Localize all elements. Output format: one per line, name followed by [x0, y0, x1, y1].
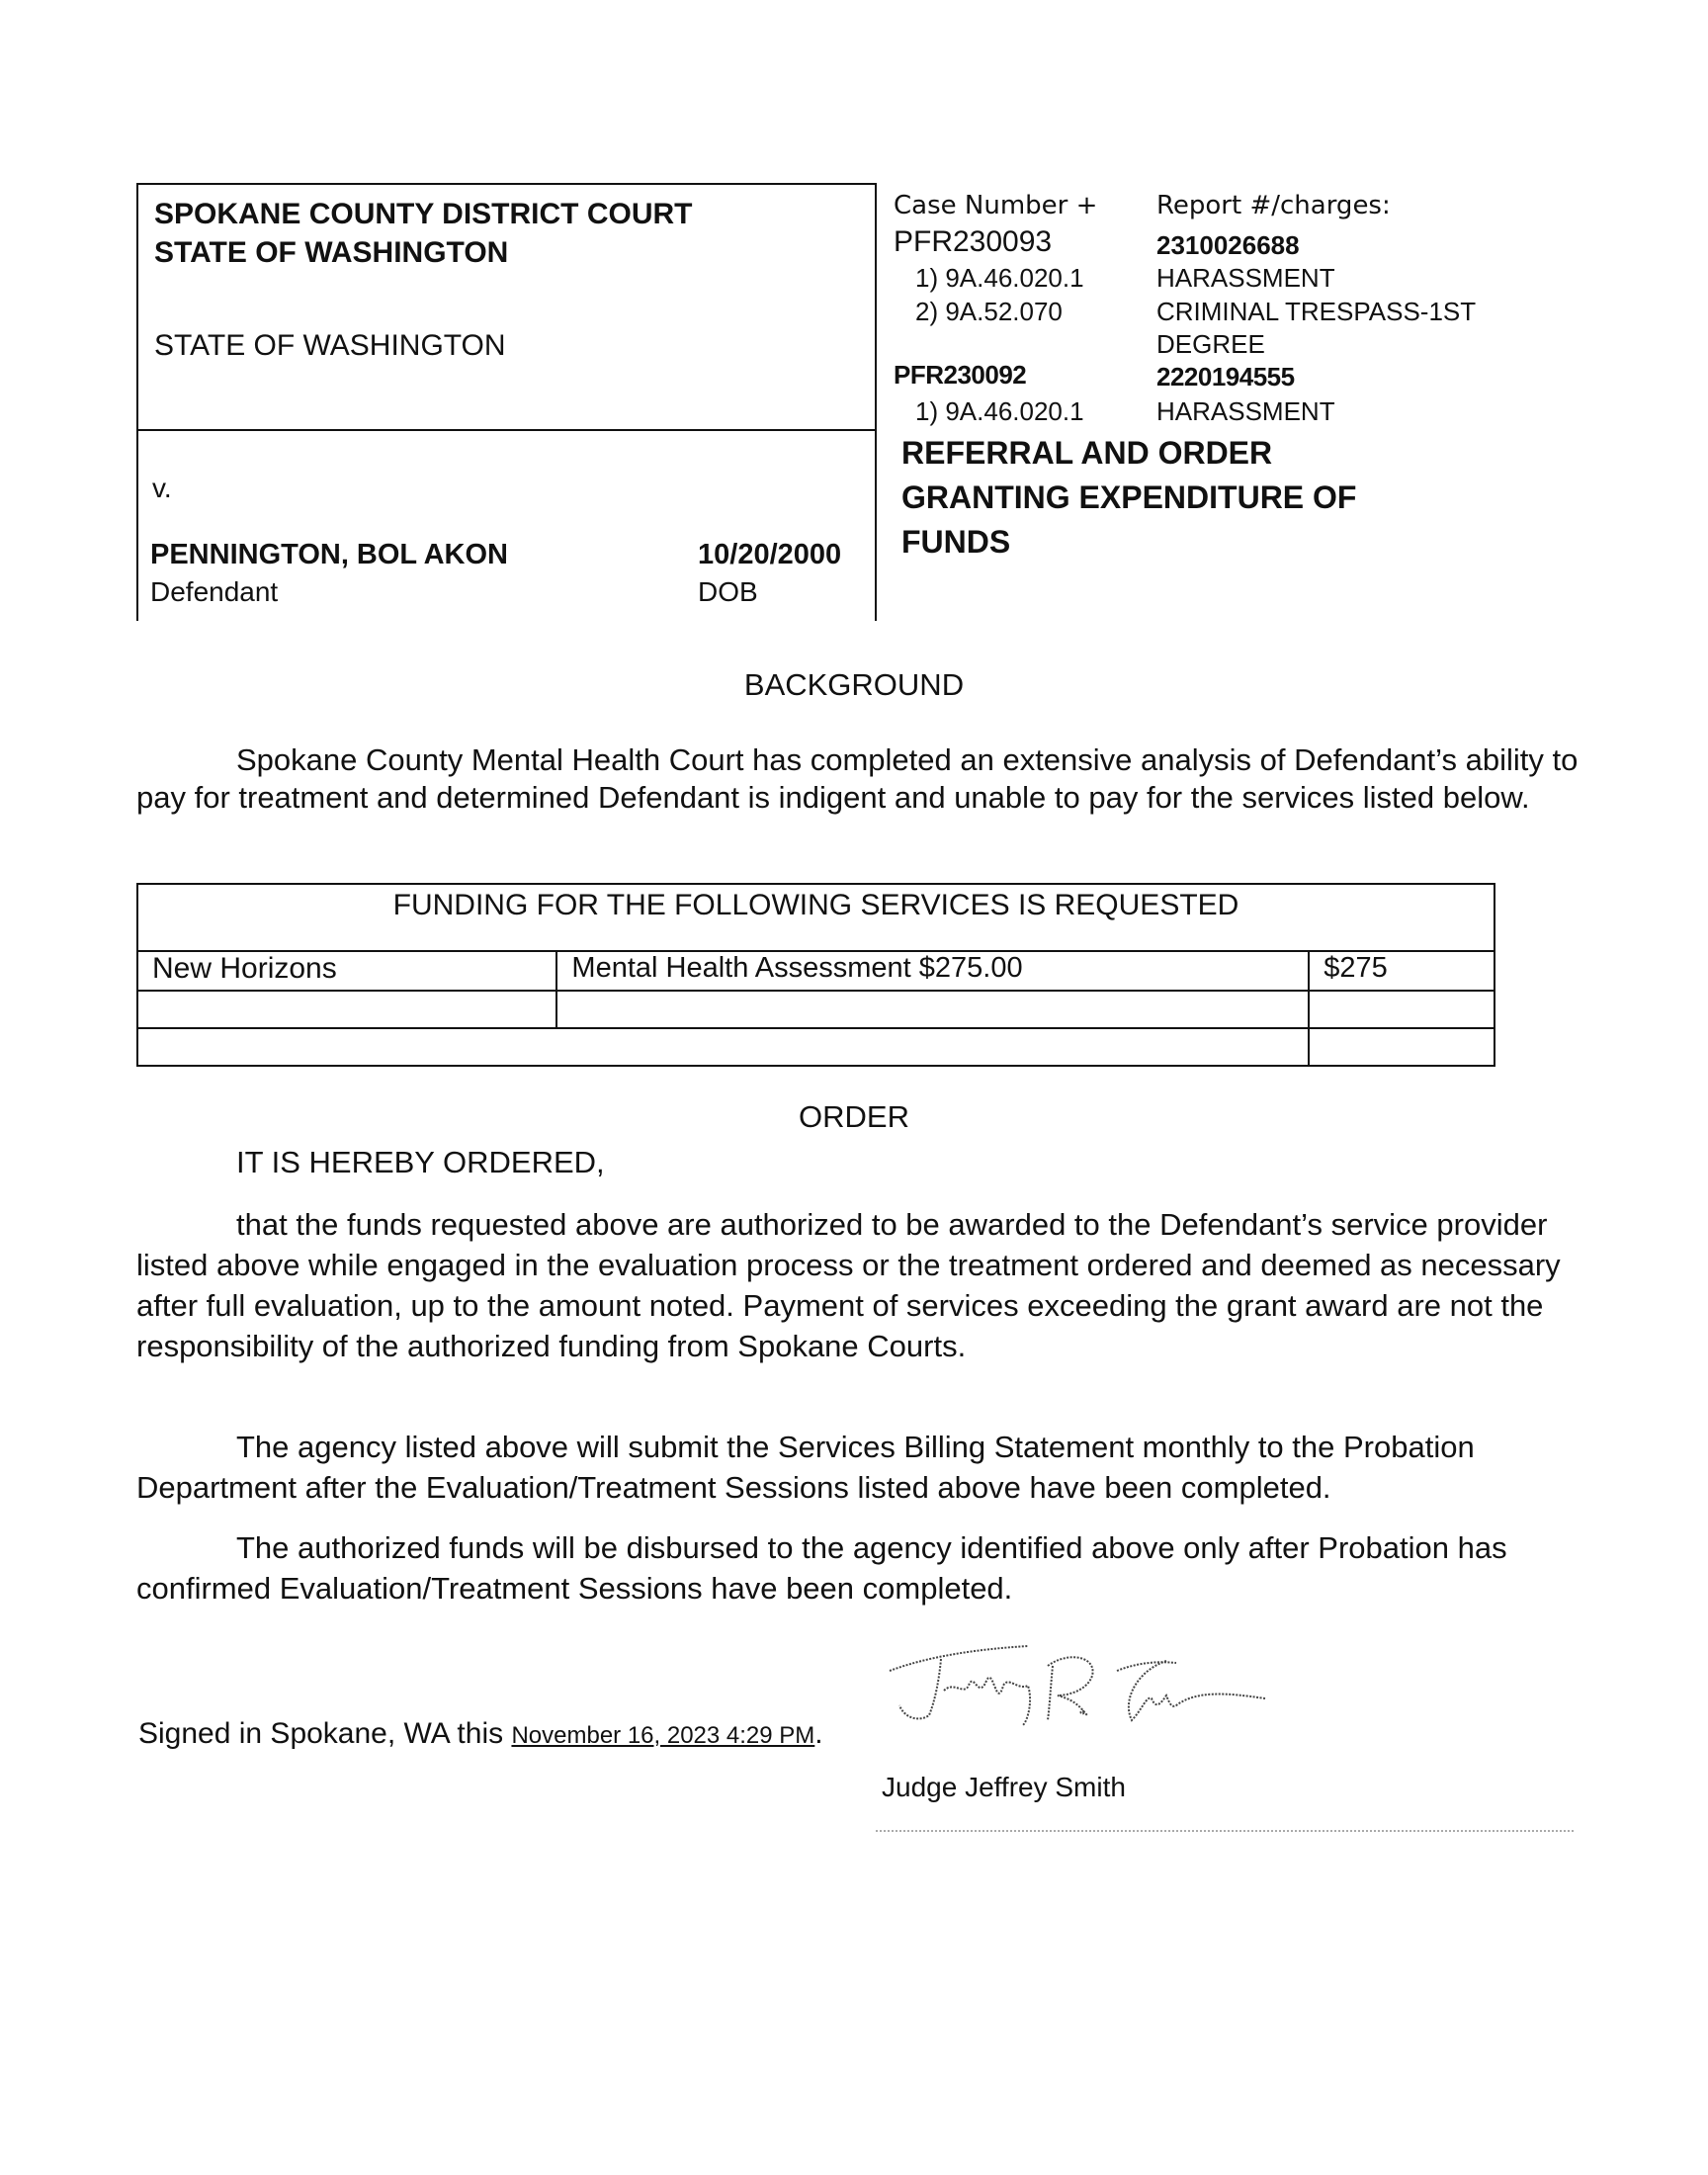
court-line-1: SPOKANE COUNTY DISTRICT COURT: [154, 195, 692, 233]
order-paragraph-2: The agency listed above will submit the …: [136, 1427, 1609, 1508]
signature-line: [876, 1830, 1574, 1832]
title-line-2: GRANTING EXPENDITURE OF: [901, 476, 1356, 520]
judge-name: Judge Jeffrey Smith: [882, 1772, 1126, 1803]
dob-label: DOB: [698, 576, 758, 608]
case-number-2: PFR230092: [894, 360, 1026, 391]
order-paragraph-1: that the funds requested above are autho…: [136, 1204, 1609, 1366]
defendant-label: Defendant: [150, 576, 278, 608]
provider-cell: New Horizons: [137, 951, 556, 991]
versus: v.: [152, 473, 172, 504]
table-row: [137, 1028, 1494, 1066]
order-paragraph-3: The authorized funds will be disbursed t…: [136, 1527, 1609, 1609]
order-intro-text: IT IS HEREBY ORDERED,: [236, 1145, 605, 1179]
plaintiff: STATE OF WASHINGTON: [154, 328, 506, 364]
service-cell: Mental Health Assessment $275.00: [556, 951, 1309, 991]
case1-statute-2: 2) 9A.52.070: [915, 297, 1063, 327]
amount-cell: [1309, 1028, 1494, 1066]
report-number-2: 2220194555: [1156, 362, 1295, 392]
case-number-1: PFR230093: [894, 225, 1052, 259]
provider-cell: [137, 991, 556, 1028]
caption-divider: [136, 429, 877, 431]
order-paragraph-1-text: that the funds requested above are autho…: [136, 1207, 1561, 1363]
court-name: SPOKANE COUNTY DISTRICT COURT STATE OF W…: [154, 195, 692, 272]
defendant-dob: 10/20/2000: [698, 539, 841, 571]
signed-suffix: .: [814, 1717, 822, 1750]
case1-charge-2-line1: CRIMINAL TRESPASS-1ST: [1156, 297, 1476, 327]
defendant-name: PENNINGTON, BOL AKON: [150, 539, 508, 571]
document-title: REFERRAL AND ORDER GRANTING EXPENDITURE …: [901, 431, 1356, 565]
court-line-2: STATE OF WASHINGTON: [154, 233, 692, 272]
table-row: New Horizons Mental Health Assessment $2…: [137, 951, 1494, 991]
title-line-1: REFERRAL AND ORDER: [901, 431, 1356, 476]
order-intro: IT IS HEREBY ORDERED,: [136, 1142, 1609, 1182]
case2-statute-1: 1) 9A.46.020.1: [915, 396, 1084, 427]
order-heading: ORDER: [0, 1099, 1708, 1135]
title-line-3: FUNDS: [901, 520, 1356, 565]
amount-cell: $275: [1309, 951, 1494, 991]
funding-table: FUNDING FOR THE FOLLOWING SERVICES IS RE…: [136, 883, 1495, 1067]
case1-statute-1: 1) 9A.46.020.1: [915, 263, 1084, 294]
case-number-header: Case Number +: [894, 191, 1097, 220]
case1-charge-1: HARASSMENT: [1156, 263, 1335, 294]
judge-signature-icon: [870, 1641, 1423, 1740]
amount-cell: [1309, 991, 1494, 1028]
case1-charge-2-line2: DEGREE: [1156, 329, 1265, 360]
report-number-1: 2310026688: [1156, 230, 1300, 261]
service-cell: [556, 991, 1309, 1028]
funding-table-header: FUNDING FOR THE FOLLOWING SERVICES IS RE…: [137, 884, 1494, 951]
order-paragraph-2-text: The agency listed above will submit the …: [136, 1430, 1475, 1505]
order-paragraph-3-text: The authorized funds will be disbursed t…: [136, 1530, 1507, 1606]
table-row: [137, 991, 1494, 1028]
background-text: Spokane County Mental Health Court has c…: [136, 742, 1578, 815]
signed-line: Signed in Spokane, WA this November 16, …: [138, 1717, 823, 1751]
case2-charge-1: HARASSMENT: [1156, 396, 1335, 427]
signed-prefix: Signed in Spokane, WA this: [138, 1717, 511, 1750]
signed-date: November 16, 2023 4:29 PM: [511, 1722, 814, 1749]
background-paragraph: Spokane County Mental Health Court has c…: [136, 741, 1609, 817]
background-heading: BACKGROUND: [0, 667, 1708, 703]
report-header: Report #/charges:: [1156, 191, 1391, 220]
provider-service-cell: [137, 1028, 1309, 1066]
